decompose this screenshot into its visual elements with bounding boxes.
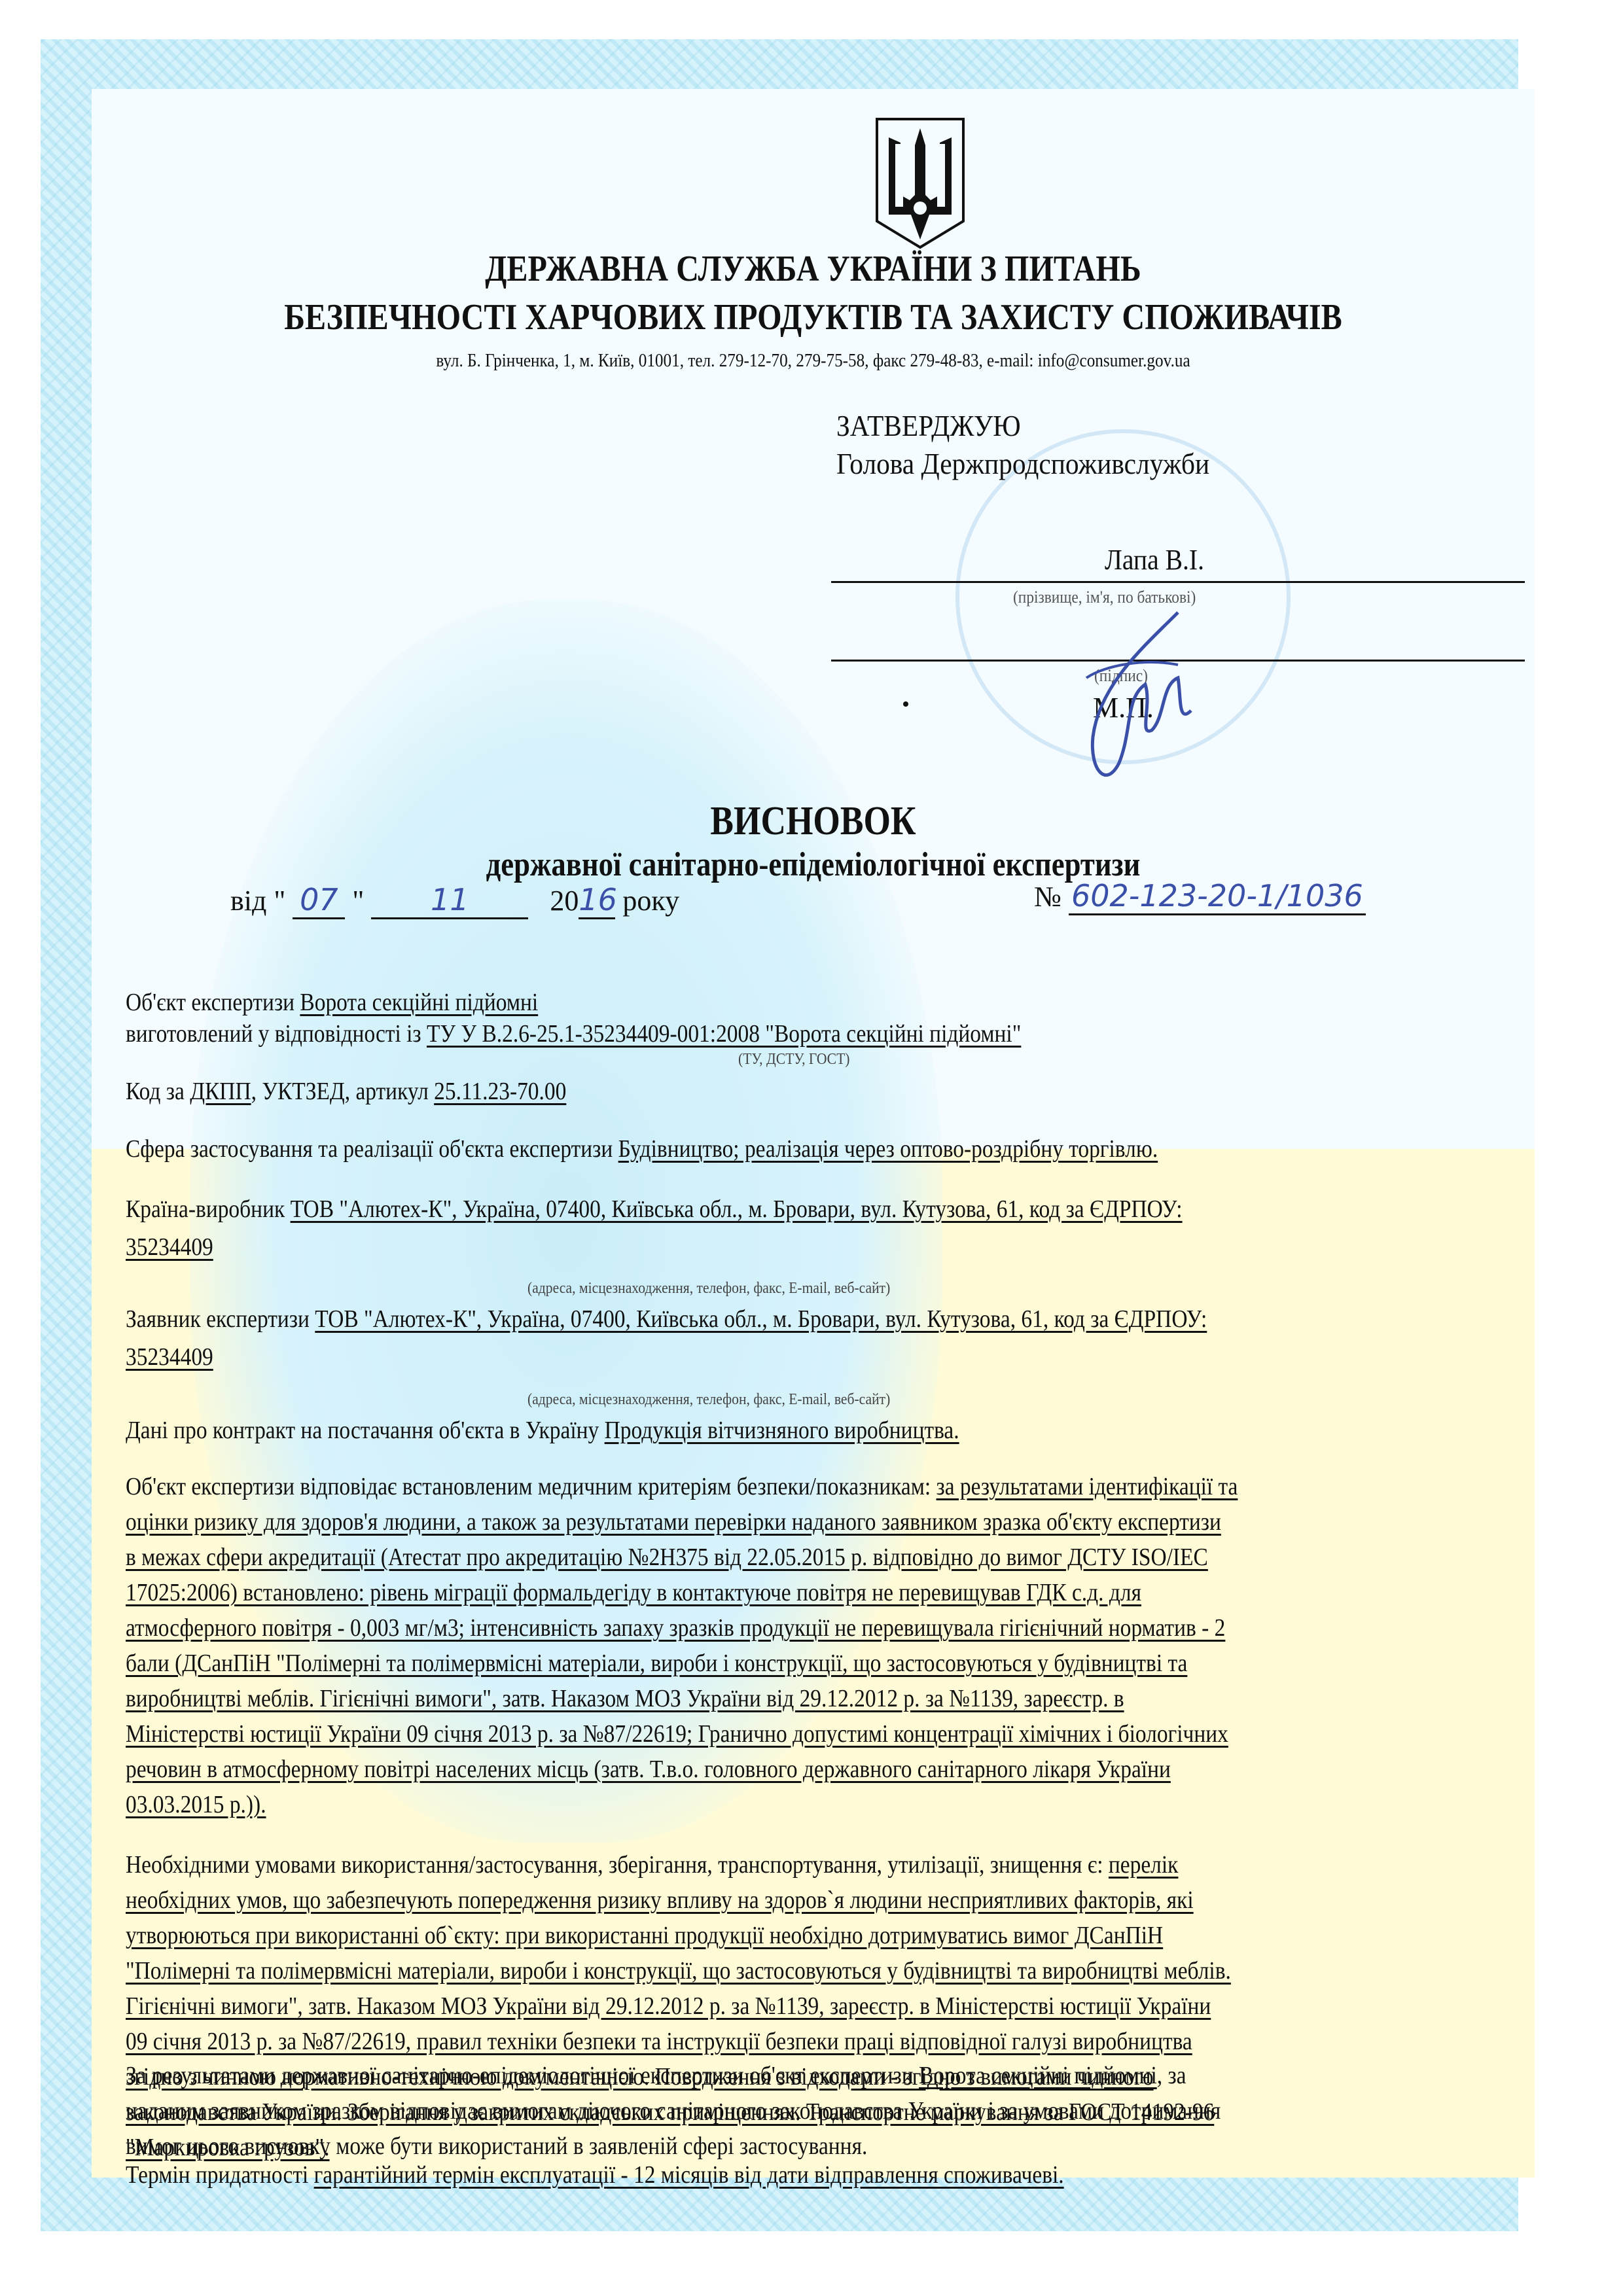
contract-row: Дані про контракт на постачання об'єкта … (126, 1415, 959, 1446)
year-word: року (622, 885, 679, 917)
conditions-line-6: 09 січня 2013 р. за №87/22619, правил те… (126, 2026, 1192, 2057)
criteria-line-6: бали (ДСанПіН "Полімерні та полімервмісн… (126, 1648, 1187, 1679)
made-caption: (ТУ, ДСТУ, ГОСТ) (738, 1051, 849, 1069)
name-caption: (прізвище, ім'я, по батькові) (1013, 588, 1196, 607)
year-prefix: 20 (550, 885, 579, 917)
code-label: Код за (126, 1078, 185, 1105)
manufacturer-row-2: 35234409 (126, 1231, 213, 1263)
criteria-line-3: в межах сфери акредитації (Атестат про а… (126, 1542, 1208, 1573)
code-row: Код за ДКПП, УКТЗЕД, артикул 25.11.23-70… (126, 1076, 566, 1107)
conditions-line-2: необхідних умов, що забезпечують поперед… (126, 1884, 1194, 1916)
object-row: Об'єкт експертизи Ворота секційні підйом… (126, 987, 538, 1018)
name-line (831, 581, 1525, 583)
scope-row: Сфера застосування та реалізації об'єкта… (126, 1133, 1158, 1165)
applicant-value: ТОВ "Алютех-К", Україна, 07400, Київська… (315, 1305, 1207, 1333)
code-label-2: , УКТЗЕД, артикул (251, 1078, 429, 1105)
applicant-row: Заявник експертизи ТОВ "Алютех-К", Украї… (126, 1303, 1207, 1335)
handwritten-signature (1047, 606, 1211, 802)
date-row: від " 07 " 11 2016 року (230, 882, 679, 919)
contract-label: Дані про контракт на постачання об'єкта … (126, 1417, 599, 1444)
criteria-line-10: 03.03.2015 р.)). (126, 1789, 266, 1820)
year-field: 16 (579, 882, 615, 919)
made-value: ТУ У В.2.6-25.1-35234409-001:2008 "Ворот… (427, 1020, 1021, 1048)
manufacturer-label: Країна-виробник (126, 1195, 285, 1223)
object-value: Ворота секційні підйомні (300, 989, 538, 1016)
criteria-line-5: атмосферного повітря - 0,003 мг/м3; інте… (126, 1612, 1225, 1644)
conditions-line-5: Гігієнічні вимоги", затв. Наказом МОЗ Ук… (126, 1990, 1211, 2022)
contract-value: Продукція вітчизняного виробництва. (605, 1417, 959, 1444)
month-field: 11 (371, 882, 528, 919)
conditions-line-9: "Маркировка грузов". (126, 2132, 330, 2163)
conditions-line-4: "Полімерні та полімервмісні матеріали, в… (126, 1955, 1231, 1987)
object-label: Об'єкт експертизи (126, 989, 294, 1016)
manufacturer-caption: (адреса, місцезнаходження, телефон, факс… (527, 1280, 890, 1298)
org-address: вул. Б. Грінченка, 1, м. Київ, 01001, те… (164, 351, 1463, 372)
applicant-caption: (адреса, місцезнаходження, телефон, факс… (527, 1391, 890, 1409)
number-prefix: № (1034, 881, 1061, 913)
day-field: 07 (293, 882, 345, 919)
conditions-text: перелік (1109, 1851, 1179, 1879)
org-title-line1: ДЕРЖАВНА СЛУЖБА УКРАЇНИ З ПИТАНЬ (192, 246, 1433, 292)
criteria-text: за результатами ідентифікації та (936, 1473, 1238, 1500)
date-prefix: від (230, 885, 266, 917)
criteria-line-4: 17025:2006) встановлено: рівень міграції… (126, 1577, 1141, 1608)
criteria-line-2: оцінки ризику для здоров'я людини, а так… (126, 1506, 1221, 1538)
document-title: ВИСНОВОК (192, 798, 1433, 845)
applicant-label: Заявник експертизи (126, 1305, 310, 1333)
approver-position: Голова Держпродспоживслужби (836, 446, 1209, 481)
code-value: 25.11.23-70.00 (434, 1078, 566, 1105)
conditions-line-1: Необхідними умовами використання/застосу… (126, 1849, 1178, 1881)
org-title-line2: БЕЗПЕЧНОСТІ ХАРЧОВИХ ПРОДУКТІВ ТА ЗАХИСТ… (192, 294, 1433, 340)
criteria-line-8: Міністерстві юстиції України 09 січня 20… (126, 1718, 1228, 1750)
made-label: виготовлений у відповідності із (126, 1020, 421, 1048)
criteria-line-7: виробництві меблів. Гігієнічні вимоги", … (126, 1683, 1124, 1714)
scope-value: Будівництво; реалізація через оптово-роз… (618, 1135, 1158, 1163)
made-row: виготовлений у відповідності із ТУ У В.2… (126, 1018, 1021, 1050)
conditions-line-3: утворюються при використанні об`єкту: пр… (126, 1920, 1163, 1951)
criteria-line-9: речовин в атмосферному повітрі населених… (126, 1754, 1171, 1785)
approver-name: Лапа В.І. (1105, 543, 1204, 576)
conclusion-number: 602-123-20-1/1036 (1069, 878, 1366, 915)
manufacturer-code: 35234409 (126, 1233, 213, 1261)
document-content: ДЕРЖАВНА СЛУЖБА УКРАЇНИ З ПИТАНЬ БЕЗПЕЧН… (92, 89, 1535, 2178)
conditions-line-7: згідно з чинною нормативно-технічною док… (126, 2061, 1154, 2093)
conditions-line-8: законодавства України. Зберігання у закр… (126, 2096, 1214, 2128)
applicant-row-2: 35234409 (126, 1341, 213, 1373)
code-dkpp: ДКПП (190, 1078, 251, 1105)
ukraine-trident-icon (874, 116, 966, 251)
criteria-line-1: Об'єкт експертизи відповідає встановлени… (126, 1471, 1238, 1502)
criteria-label: Об'єкт експертизи відповідає встановлени… (126, 1473, 931, 1500)
approve-heading: ЗАТВЕРДЖУЮ (836, 408, 1021, 443)
manufacturer-value: ТОВ "Алютех-К", Україна, 07400, Київська… (291, 1195, 1183, 1223)
conditions-label: Необхідними умовами використання/застосу… (126, 1851, 1103, 1879)
applicant-code: 35234409 (126, 1343, 213, 1371)
number-row: № 602-123-20-1/1036 (1034, 878, 1366, 915)
document-sheet: ДЕРЖАВНА СЛУЖБА УКРАЇНИ З ПИТАНЬ БЕЗПЕЧН… (92, 89, 1535, 2178)
dot-mark (903, 701, 908, 707)
scope-label: Сфера застосування та реалізації об'єкта… (126, 1135, 613, 1163)
manufacturer-row: Країна-виробник ТОВ "Алютех-К", Україна,… (126, 1193, 1183, 1225)
